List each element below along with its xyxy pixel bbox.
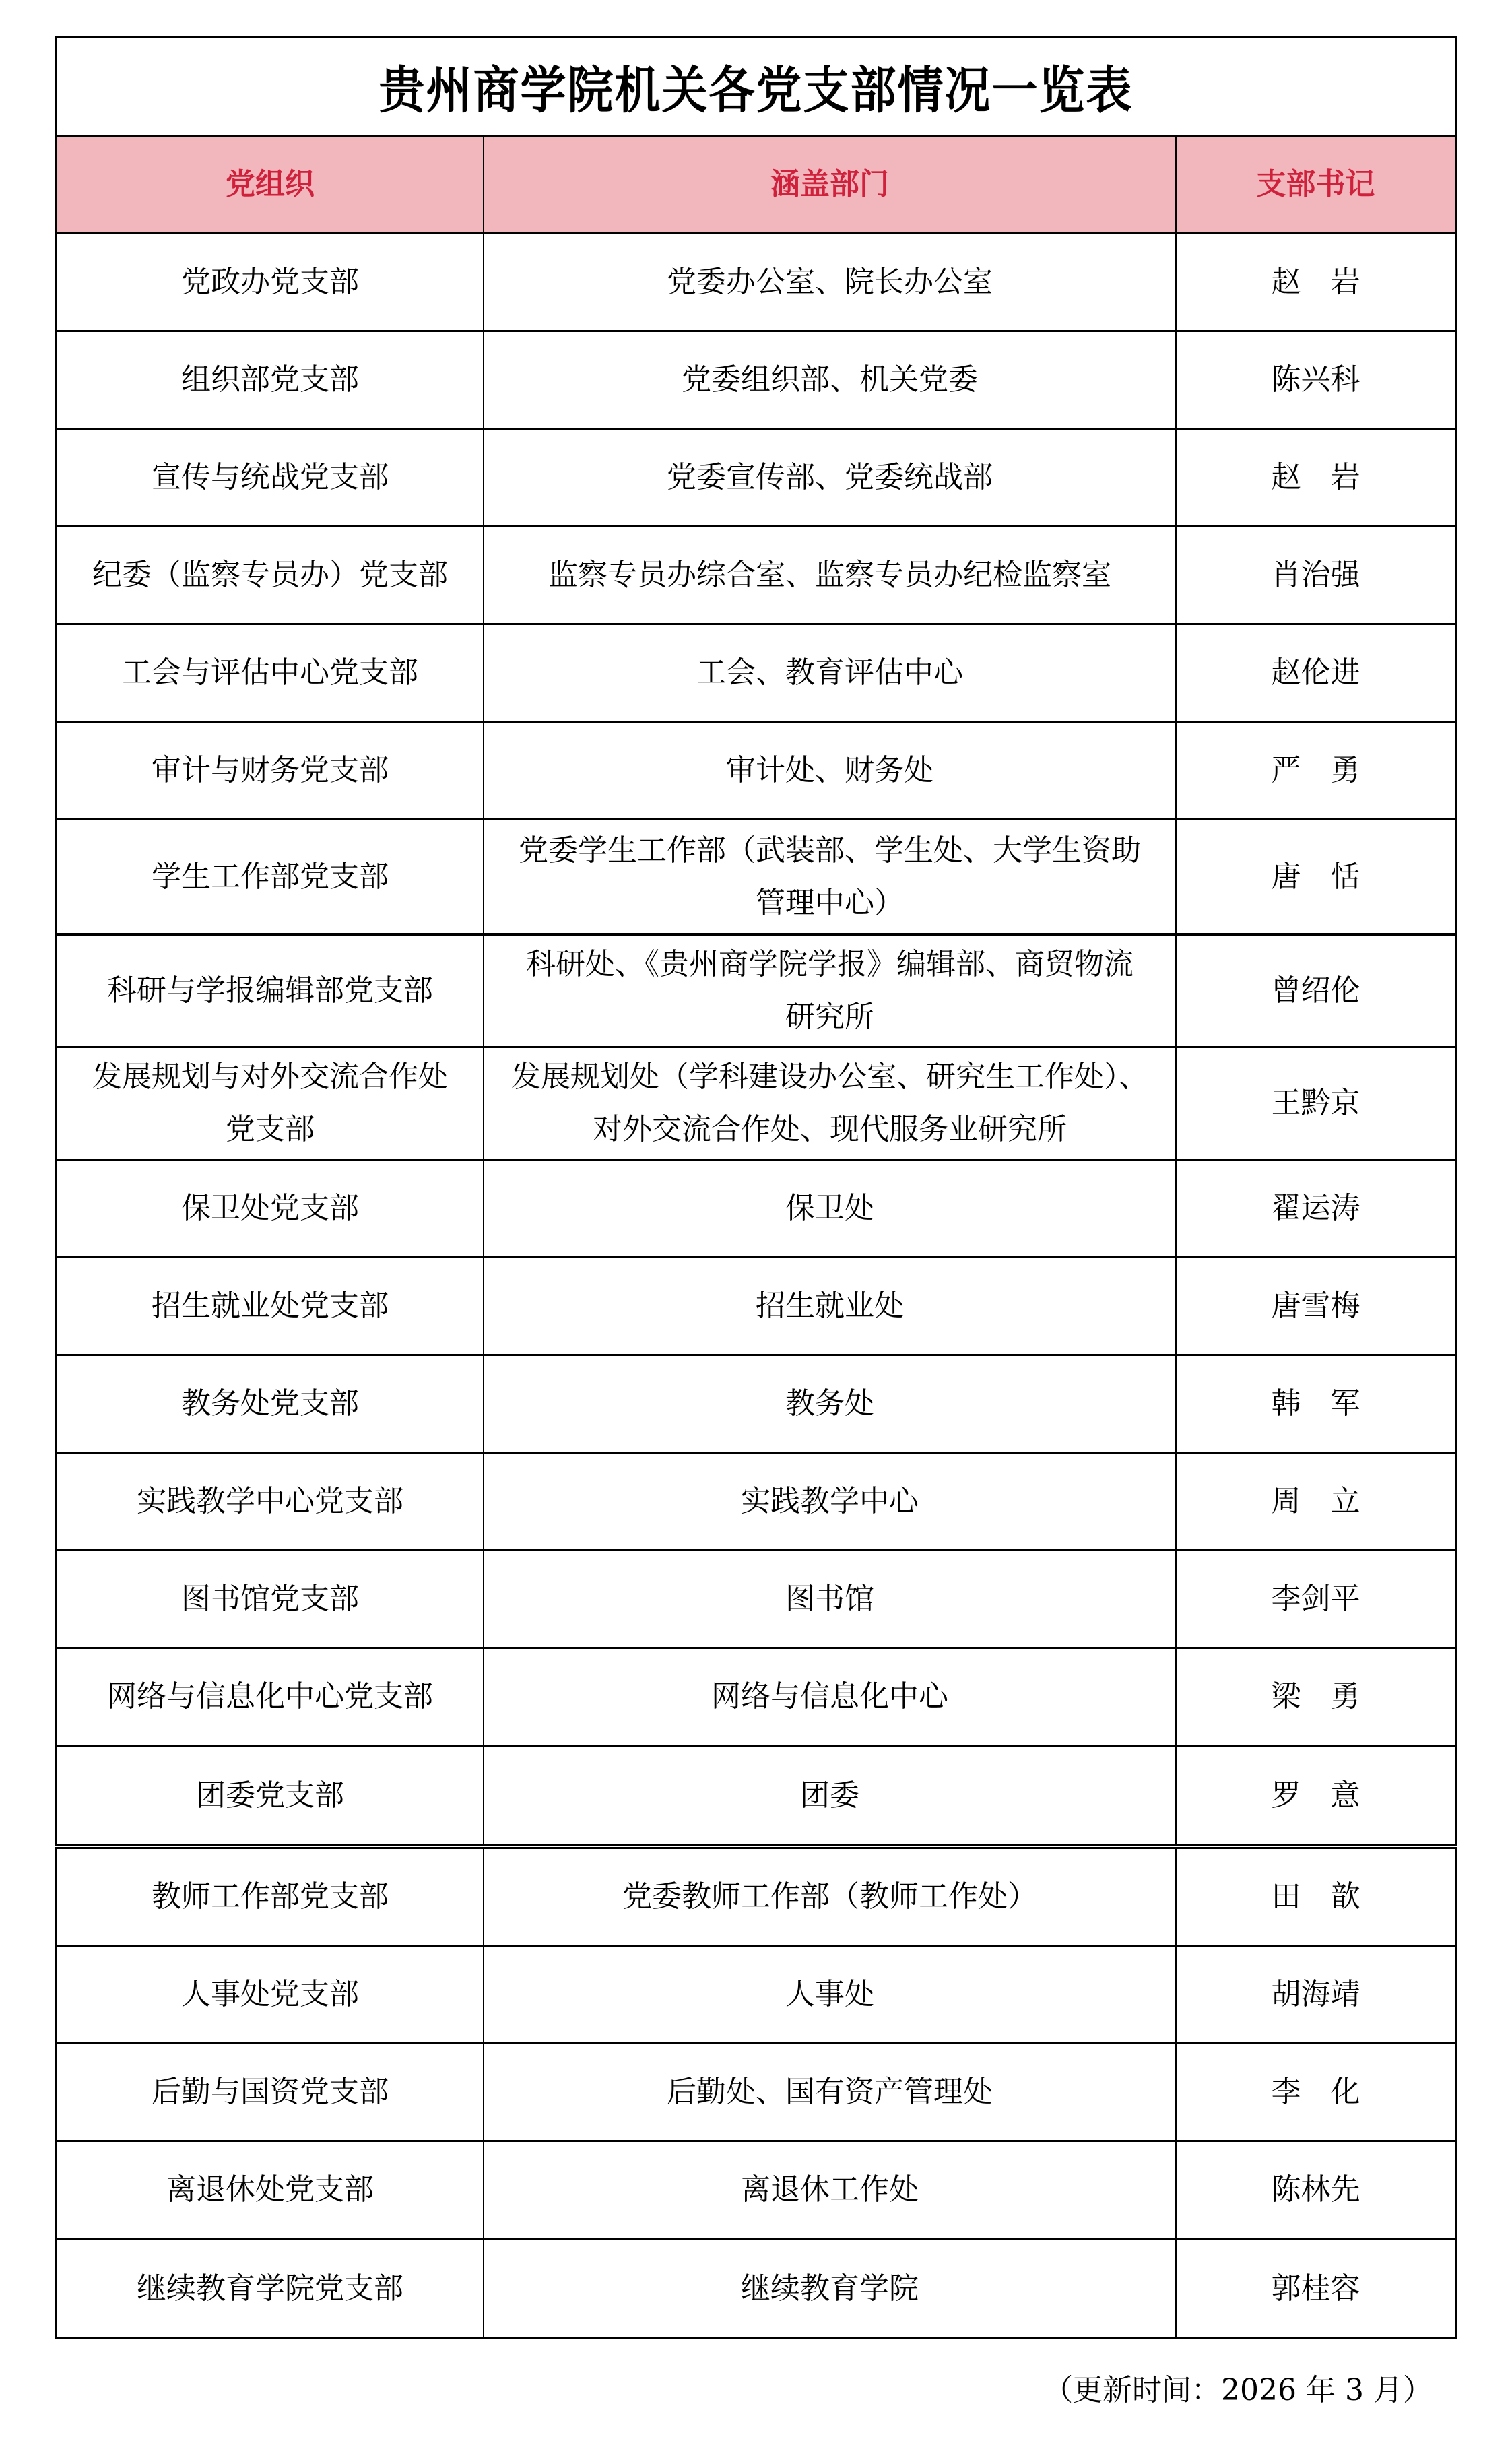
- table-row: 学生工作部党支部 党委学生工作部（武装部、学生处、大学生资助 管理中心） 唐 恬: [57, 820, 1455, 933]
- cell-secretary: 李剑平: [1177, 1551, 1455, 1647]
- cell-departments: 网络与信息化中心: [484, 1649, 1177, 1745]
- cell-party-org: 工会与评估中心党支部: [57, 625, 484, 721]
- table-row: 组织部党支部 党委组织部、机关党委 陈兴科: [57, 332, 1455, 430]
- table-row: 实践教学中心党支部 实践教学中心 周 立: [57, 1454, 1455, 1551]
- cell-departments: 后勤处、国有资产管理处: [484, 2044, 1177, 2140]
- title-row: 贵州商学院机关各党支部情况一览表: [57, 38, 1455, 137]
- cell-secretary: 田 歆: [1177, 1849, 1455, 1945]
- cell-party-org: 宣传与统战党支部: [57, 430, 484, 525]
- table-row: 工会与评估中心党支部 工会、教育评估中心 赵伦进: [57, 625, 1455, 723]
- table-row: 党政办党支部 党委办公室、院长办公室 赵 岩: [57, 234, 1455, 332]
- cell-secretary: 李 化: [1177, 2044, 1455, 2140]
- cell-departments: 监察专员办综合室、监察专员办纪检监察室: [484, 527, 1177, 623]
- cell-departments: 发展规划处（学科建设办公室、研究生工作处）、 对外交流合作处、现代服务业研究所: [484, 1048, 1177, 1159]
- cell-secretary: 周 立: [1177, 1454, 1455, 1549]
- cell-secretary: 胡海靖: [1177, 1947, 1455, 2042]
- table-row: 招生就业处党支部 招生就业处 唐雪梅: [57, 1258, 1455, 1356]
- cell-party-org: 党政办党支部: [57, 234, 484, 330]
- cell-departments: 科研处、《贵州商学院学报》编辑部、商贸物流 研究所: [484, 936, 1177, 1046]
- cell-secretary: 赵伦进: [1177, 625, 1455, 721]
- column-header-secretary: 支部书记: [1177, 137, 1455, 232]
- cell-departments: 实践教学中心: [484, 1454, 1177, 1549]
- cell-party-org: 人事处党支部: [57, 1947, 484, 2042]
- cell-party-org: 纪委（监察专员办）党支部: [57, 527, 484, 623]
- cell-party-org: 教师工作部党支部: [57, 1849, 484, 1945]
- table-row: 纪委（监察专员办）党支部 监察专员办综合室、监察专员办纪检监察室 肖治强: [57, 527, 1455, 625]
- cell-departments: 党委教师工作部（教师工作处）: [484, 1849, 1177, 1945]
- cell-party-org: 审计与财务党支部: [57, 723, 484, 818]
- cell-party-org: 后勤与国资党支部: [57, 2044, 484, 2140]
- cell-departments: 招生就业处: [484, 1258, 1177, 1354]
- table-row: 离退休处党支部 离退休工作处 陈林先: [57, 2142, 1455, 2240]
- page-title: 贵州商学院机关各党支部情况一览表: [379, 51, 1133, 123]
- table-row: 宣传与统战党支部 党委宣传部、党委统战部 赵 岩: [57, 430, 1455, 527]
- cell-secretary: 肖治强: [1177, 527, 1455, 623]
- cell-departments: 离退休工作处: [484, 2142, 1177, 2238]
- table-row: 保卫处党支部 保卫处 翟运涛: [57, 1161, 1455, 1258]
- cell-party-org: 离退休处党支部: [57, 2142, 484, 2238]
- update-time-note: （更新时间：2026 年 3 月）: [1043, 2366, 1433, 2409]
- cell-party-org: 实践教学中心党支部: [57, 1454, 484, 1549]
- cell-party-org: 保卫处党支部: [57, 1161, 484, 1256]
- table-row: 网络与信息化中心党支部 网络与信息化中心 梁 勇: [57, 1649, 1455, 1747]
- table-block-1: 贵州商学院机关各党支部情况一览表 党组织 涵盖部门 支部书记 党政办党支部 党委…: [55, 36, 1457, 935]
- cell-party-org: 组织部党支部: [57, 332, 484, 428]
- cell-departments: 保卫处: [484, 1161, 1177, 1256]
- table-row: 团委党支部 团委 罗 意: [57, 1747, 1455, 1844]
- cell-party-org: 学生工作部党支部: [57, 820, 484, 933]
- column-header-party-org: 党组织: [57, 137, 484, 232]
- cell-departments: 党委办公室、院长办公室: [484, 234, 1177, 330]
- table-row: 后勤与国资党支部 后勤处、国有资产管理处 李 化: [57, 2044, 1455, 2142]
- cell-departments: 党委组织部、机关党委: [484, 332, 1177, 428]
- cell-departments: 图书馆: [484, 1551, 1177, 1647]
- cell-secretary: 陈兴科: [1177, 332, 1455, 428]
- table-row: 人事处党支部 人事处 胡海靖: [57, 1947, 1455, 2044]
- cell-secretary: 翟运涛: [1177, 1161, 1455, 1256]
- column-header-departments: 涵盖部门: [484, 137, 1177, 232]
- table-row: 科研与学报编辑部党支部 科研处、《贵州商学院学报》编辑部、商贸物流 研究所 曾绍…: [57, 936, 1455, 1048]
- cell-secretary: 王黔京: [1177, 1048, 1455, 1159]
- cell-departments: 人事处: [484, 1947, 1177, 2042]
- cell-secretary: 赵 岩: [1177, 430, 1455, 525]
- cell-departments: 继续教育学院: [484, 2240, 1177, 2337]
- cell-departments: 党委宣传部、党委统战部: [484, 430, 1177, 525]
- cell-secretary: 唐雪梅: [1177, 1258, 1455, 1354]
- cell-secretary: 郭桂容: [1177, 2240, 1455, 2337]
- table-row: 图书馆党支部 图书馆 李剑平: [57, 1551, 1455, 1649]
- cell-secretary: 曾绍伦: [1177, 936, 1455, 1046]
- cell-departments: 工会、教育评估中心: [484, 625, 1177, 721]
- cell-secretary: 罗 意: [1177, 1747, 1455, 1844]
- table-row: 审计与财务党支部 审计处、财务处 严 勇: [57, 723, 1455, 820]
- cell-departments: 团委: [484, 1747, 1177, 1844]
- table-row: 继续教育学院党支部 继续教育学院 郭桂容: [57, 2240, 1455, 2337]
- table-row: 教务处党支部 教务处 韩 军: [57, 1356, 1455, 1454]
- cell-party-org: 继续教育学院党支部: [57, 2240, 484, 2337]
- cell-secretary: 梁 勇: [1177, 1649, 1455, 1745]
- cell-departments: 党委学生工作部（武装部、学生处、大学生资助 管理中心）: [484, 820, 1177, 933]
- cell-party-org: 图书馆党支部: [57, 1551, 484, 1647]
- cell-party-org: 科研与学报编辑部党支部: [57, 936, 484, 1046]
- table-row: 发展规划与对外交流合作处 党支部 发展规划处（学科建设办公室、研究生工作处）、 …: [57, 1048, 1455, 1161]
- cell-secretary: 赵 岩: [1177, 234, 1455, 330]
- cell-party-org: 发展规划与对外交流合作处 党支部: [57, 1048, 484, 1159]
- cell-departments: 审计处、财务处: [484, 723, 1177, 818]
- cell-party-org: 网络与信息化中心党支部: [57, 1649, 484, 1745]
- cell-secretary: 韩 军: [1177, 1356, 1455, 1452]
- table-block-3: 教师工作部党支部 党委教师工作部（教师工作处） 田 歆 人事处党支部 人事处 胡…: [55, 1847, 1457, 2339]
- cell-party-org: 教务处党支部: [57, 1356, 484, 1452]
- table-header-row: 党组织 涵盖部门 支部书记: [57, 137, 1455, 234]
- cell-departments: 教务处: [484, 1356, 1177, 1452]
- cell-secretary: 严 勇: [1177, 723, 1455, 818]
- table-row: 教师工作部党支部 党委教师工作部（教师工作处） 田 歆: [57, 1849, 1455, 1947]
- cell-party-org: 团委党支部: [57, 1747, 484, 1844]
- table-block-2: 科研与学报编辑部党支部 科研处、《贵州商学院学报》编辑部、商贸物流 研究所 曾绍…: [55, 934, 1457, 1846]
- cell-secretary: 唐 恬: [1177, 820, 1455, 933]
- cell-party-org: 招生就业处党支部: [57, 1258, 484, 1354]
- cell-secretary: 陈林先: [1177, 2142, 1455, 2238]
